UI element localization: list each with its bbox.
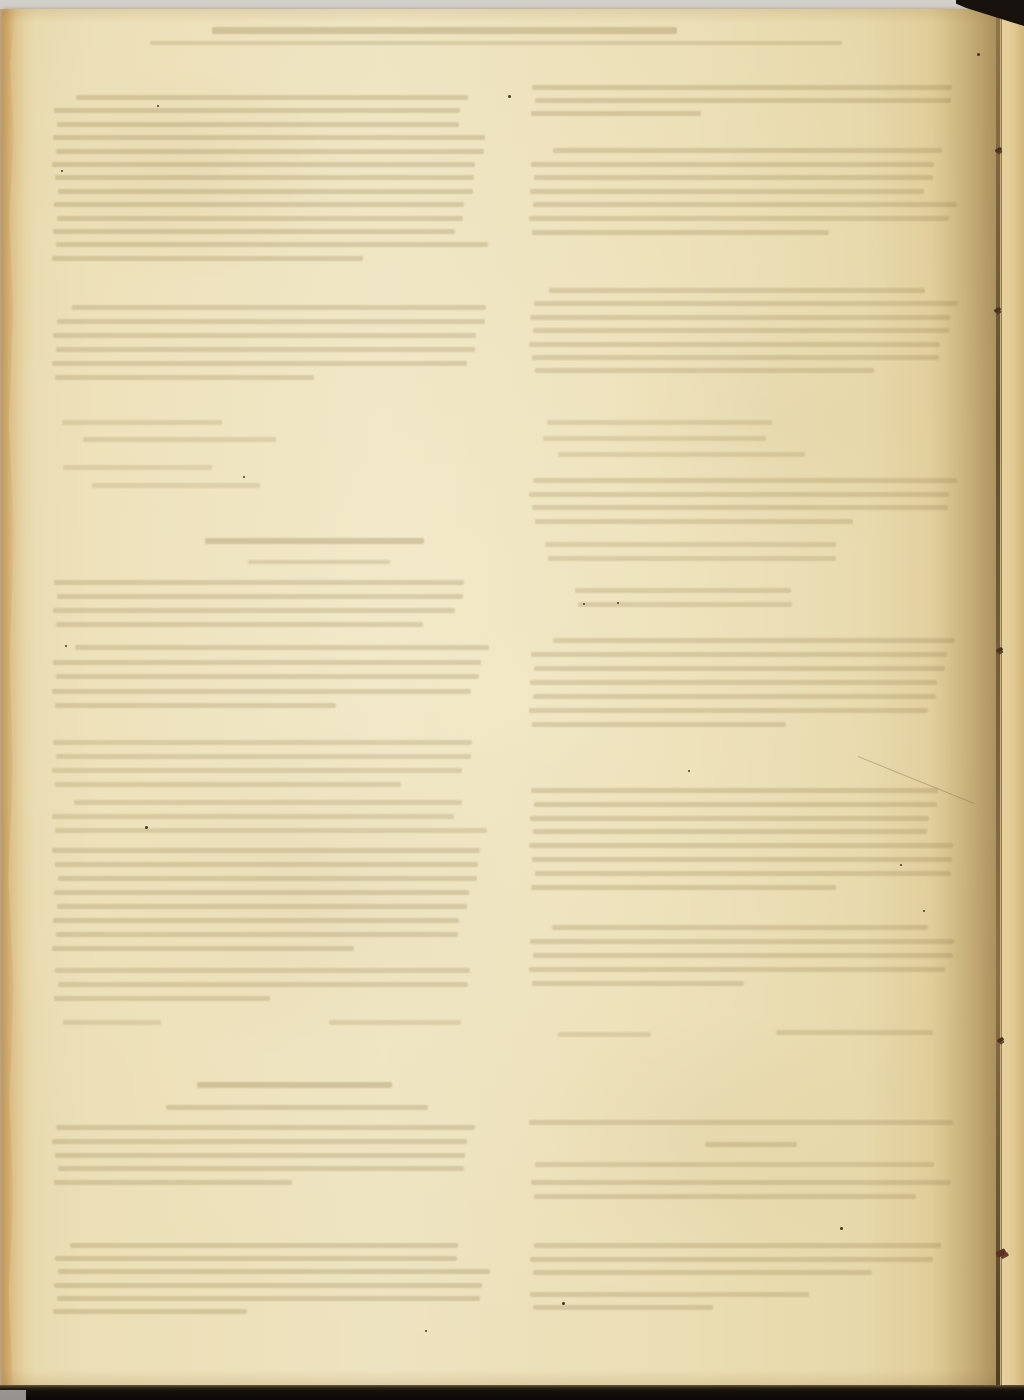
faded-text-line xyxy=(532,230,829,235)
paper-speck xyxy=(977,53,980,56)
faded-text-line xyxy=(56,242,488,247)
paper-scratch-line xyxy=(858,756,974,804)
binding-stitch xyxy=(996,1037,1004,1044)
faded-text-line xyxy=(55,968,470,973)
faded-text-line xyxy=(529,967,945,972)
faded-text-line xyxy=(531,162,934,167)
faded-text-line xyxy=(530,315,950,320)
paper-speck xyxy=(688,770,690,772)
faded-text-line xyxy=(248,560,390,564)
faded-text-line xyxy=(75,645,489,650)
faded-text-line xyxy=(56,622,423,627)
faded-text-line xyxy=(533,1270,872,1275)
faded-text-line xyxy=(535,871,951,876)
faded-text-line xyxy=(54,1283,482,1288)
faded-text-line xyxy=(58,1269,490,1274)
faded-text-line xyxy=(54,890,469,895)
faded-text-line xyxy=(533,328,949,333)
paper-speck xyxy=(425,1330,427,1332)
faded-text-line xyxy=(530,939,954,944)
faded-text-line xyxy=(530,1257,933,1262)
faded-text-line xyxy=(212,27,677,34)
faded-text-line xyxy=(532,857,952,862)
paper-speck xyxy=(508,95,511,98)
faded-text-line xyxy=(531,111,701,116)
faded-text-line xyxy=(558,452,805,457)
scanned-page-photo xyxy=(0,0,1024,1400)
faded-text-line xyxy=(533,829,927,834)
faded-text-line xyxy=(56,1125,475,1130)
paper-speck xyxy=(243,476,245,478)
faded-text-line xyxy=(553,638,955,643)
faded-text-line xyxy=(54,1180,292,1185)
faded-text-line xyxy=(534,301,958,306)
faded-text-line xyxy=(53,1309,247,1314)
binding-stitch xyxy=(994,147,1002,154)
faded-text-line xyxy=(55,1153,465,1158)
paper-speck xyxy=(617,602,619,604)
paper-speck xyxy=(157,105,159,107)
faded-text-line xyxy=(535,368,874,373)
faded-text-line xyxy=(52,1139,467,1144)
faded-text-line xyxy=(54,996,270,1001)
faded-text-line xyxy=(529,342,940,347)
faded-text-line xyxy=(55,175,474,180)
faded-text-line xyxy=(535,98,951,103)
faded-text-line xyxy=(53,333,476,338)
faded-text-line xyxy=(150,41,842,45)
faded-text-line xyxy=(52,361,467,366)
faded-text-line xyxy=(531,788,938,793)
paper-speck xyxy=(900,864,902,866)
faded-text-line xyxy=(54,202,464,207)
faded-text-line xyxy=(57,904,467,909)
faded-text-line xyxy=(57,1296,480,1301)
faded-text-layer xyxy=(0,0,1024,1400)
binding-stitch xyxy=(995,647,1003,654)
faded-text-line xyxy=(534,802,937,807)
faded-text-line xyxy=(74,800,462,805)
faded-text-line xyxy=(548,556,836,561)
faded-text-line xyxy=(52,256,363,261)
faded-text-line xyxy=(529,492,949,497)
faded-text-line xyxy=(92,483,260,488)
faded-text-line xyxy=(533,478,957,483)
faded-text-line xyxy=(531,1180,951,1185)
faded-text-line xyxy=(578,602,792,607)
faded-text-line xyxy=(55,862,478,867)
paper-speck xyxy=(145,826,148,829)
faded-text-line xyxy=(76,95,468,100)
faded-text-line xyxy=(53,608,455,613)
faded-text-line xyxy=(197,1082,392,1088)
paper-speck xyxy=(61,170,63,172)
faded-text-line xyxy=(553,148,942,153)
faded-text-line xyxy=(543,436,766,441)
faded-text-line xyxy=(53,918,459,923)
faded-text-line xyxy=(58,876,477,881)
faded-text-line xyxy=(530,680,937,685)
bottom-left-scan-gap xyxy=(0,1390,26,1400)
faded-text-line xyxy=(530,816,929,821)
faded-text-line xyxy=(534,1194,916,1199)
faded-text-line xyxy=(529,216,949,221)
faded-text-line xyxy=(52,848,480,853)
faded-text-line xyxy=(62,420,222,425)
paper-speck xyxy=(840,1227,843,1230)
faded-text-line xyxy=(533,694,936,699)
faded-text-line xyxy=(52,689,471,694)
paper-speck xyxy=(583,603,585,605)
faded-text-line xyxy=(533,953,953,958)
faded-text-line xyxy=(57,594,463,599)
faded-text-line xyxy=(54,108,460,113)
faded-text-line xyxy=(531,885,836,890)
faded-text-line xyxy=(57,319,485,324)
faded-text-line xyxy=(55,828,487,833)
binding-stitch xyxy=(993,307,1001,314)
faded-text-line xyxy=(534,666,945,671)
faded-text-line xyxy=(58,189,473,194)
faded-text-line xyxy=(558,1032,651,1037)
faded-text-line xyxy=(58,982,468,987)
faded-text-line xyxy=(547,420,772,425)
faded-text-line xyxy=(530,189,924,194)
faded-text-line xyxy=(776,1030,933,1035)
faded-text-line xyxy=(56,754,471,759)
faded-text-line xyxy=(56,347,475,352)
faded-text-line xyxy=(70,1243,458,1248)
faded-text-line xyxy=(53,229,455,234)
faded-text-line xyxy=(534,175,933,180)
bottom-black-band xyxy=(0,1385,1024,1400)
faded-text-line xyxy=(57,122,459,127)
faded-text-line xyxy=(56,932,458,937)
faded-text-line xyxy=(552,925,928,930)
faded-text-line xyxy=(529,1120,953,1125)
faded-text-line xyxy=(55,1256,457,1261)
faded-text-line xyxy=(83,437,276,442)
faded-text-line xyxy=(533,202,957,207)
faded-text-line xyxy=(56,149,484,154)
faded-text-line xyxy=(532,722,786,727)
faded-text-line xyxy=(530,1292,809,1297)
faded-text-line xyxy=(531,652,947,657)
faded-text-line xyxy=(56,674,479,679)
paper-speck xyxy=(923,910,925,912)
faded-text-line xyxy=(57,216,463,221)
faded-text-line xyxy=(532,355,939,360)
faded-text-line xyxy=(52,162,475,167)
faded-text-line xyxy=(533,1305,713,1310)
faded-text-line xyxy=(63,1020,161,1025)
faded-text-line xyxy=(205,538,424,544)
faded-text-line xyxy=(532,505,948,510)
faded-text-line xyxy=(532,85,952,90)
faded-text-line xyxy=(545,542,836,547)
faded-text-line xyxy=(53,740,472,745)
faded-text-line xyxy=(532,981,744,986)
faded-text-line xyxy=(529,708,928,713)
faded-text-line xyxy=(535,1162,934,1167)
faded-text-line xyxy=(52,768,462,773)
faded-text-line xyxy=(329,1020,461,1025)
faded-text-line xyxy=(534,1243,941,1248)
faded-text-line xyxy=(53,660,481,665)
faded-text-line xyxy=(529,843,953,848)
faded-text-line xyxy=(55,703,336,708)
faded-text-line xyxy=(72,305,486,310)
faded-text-line xyxy=(55,782,401,787)
paper-speck xyxy=(65,645,67,647)
faded-text-line xyxy=(705,1142,797,1147)
faded-text-line xyxy=(63,465,212,470)
faded-text-line xyxy=(53,135,485,140)
faded-text-line xyxy=(575,588,791,593)
binding-stitch xyxy=(995,1248,1007,1258)
paper-speck xyxy=(562,1302,565,1305)
faded-text-line xyxy=(58,1166,464,1171)
faded-text-line xyxy=(52,814,454,819)
faded-text-line xyxy=(55,375,314,380)
faded-text-line xyxy=(549,288,925,293)
faded-text-line xyxy=(52,946,354,951)
faded-text-line xyxy=(166,1105,428,1110)
faded-text-line xyxy=(535,519,853,524)
faded-text-line xyxy=(54,580,464,585)
